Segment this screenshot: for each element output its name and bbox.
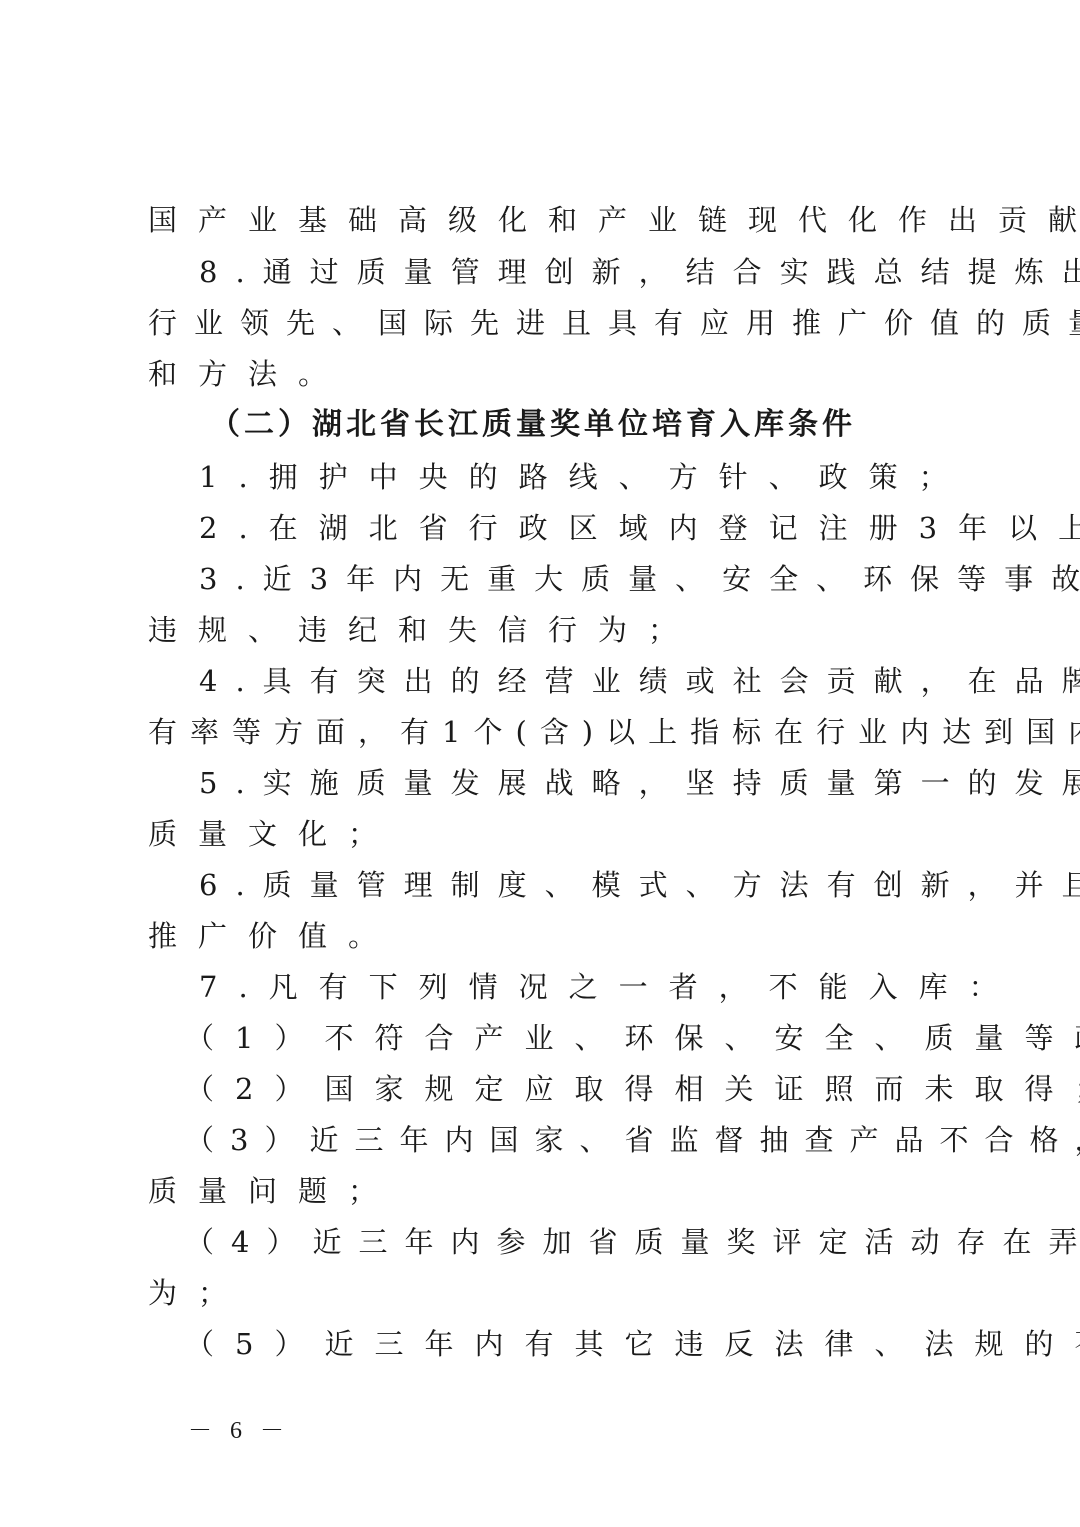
text-line-continuation: 推广价值。	[148, 918, 968, 954]
text-line-continuation: 国产业基础高级化和产业链现代化作出贡献；	[148, 202, 968, 238]
list-item-6: 6.质量管理制度、模式、方法有创新，并且成熟度高，具有	[199, 867, 1019, 903]
sub-item-1: （1）不符合产业、环保、安全、质量等政策；	[185, 1020, 1005, 1056]
section-heading: （二）湖北省长江质量奖单位培育入库条件	[210, 407, 1030, 443]
text-line-continuation: 违规、违纪和失信行为；	[148, 612, 968, 648]
text-line-continuation: 质量文化；	[148, 816, 968, 852]
text-line-continuation: 有率等方面，有1个(含)以上指标在行业内达到国内领先水平；	[148, 714, 968, 750]
list-item-1: 1.拥护中央的路线、方针、政策；	[199, 459, 1019, 495]
text-line-continuation: 和方法。	[148, 356, 968, 392]
sub-item-4: （4）近三年内参加省质量奖评定活动存在弄虚作假等违规行	[185, 1224, 1005, 1260]
list-item-3: 3.近3年内无重大质量、安全、环保等事故，无相关违法、	[199, 561, 1019, 597]
sub-item-3: （3）近三年内国家、省监督抽查产品不合格，或存在严重服务	[185, 1122, 1005, 1158]
list-item-4: 4.具有突出的经营业绩或社会贡献，在品牌、效益、市场占	[199, 663, 1019, 699]
document-page: 国产业基础高级化和产业链现代化作出贡献； 8.通过质量管理创新，结合实践总结提炼…	[0, 0, 1080, 1527]
page-number: － 6 －	[188, 1410, 290, 1445]
sub-item-2: （2）国家规定应取得相关证照而未取得；	[185, 1071, 1005, 1107]
text-line-continuation: 为；	[148, 1275, 968, 1311]
list-item-8: 8.通过质量管理创新，结合实践总结提炼出具有中国特色、	[199, 254, 1019, 290]
list-item-2: 2.在湖北省行政区域内登记注册3年以上；	[199, 510, 1019, 546]
list-item-5: 5.实施质量发展战略，坚持质量第一的发展理念，崇尚优秀	[199, 765, 1019, 801]
text-line-continuation: 质量问题；	[148, 1173, 968, 1209]
list-item-7: 7.凡有下列情况之一者，不能入库：	[199, 969, 1019, 1005]
sub-item-5: （5）近三年内有其它违反法律、法规的不良记录。	[185, 1326, 1005, 1362]
text-line-continuation: 行业领先、国际先进且具有应用推广价值的质量管理制度、模式	[148, 305, 968, 341]
